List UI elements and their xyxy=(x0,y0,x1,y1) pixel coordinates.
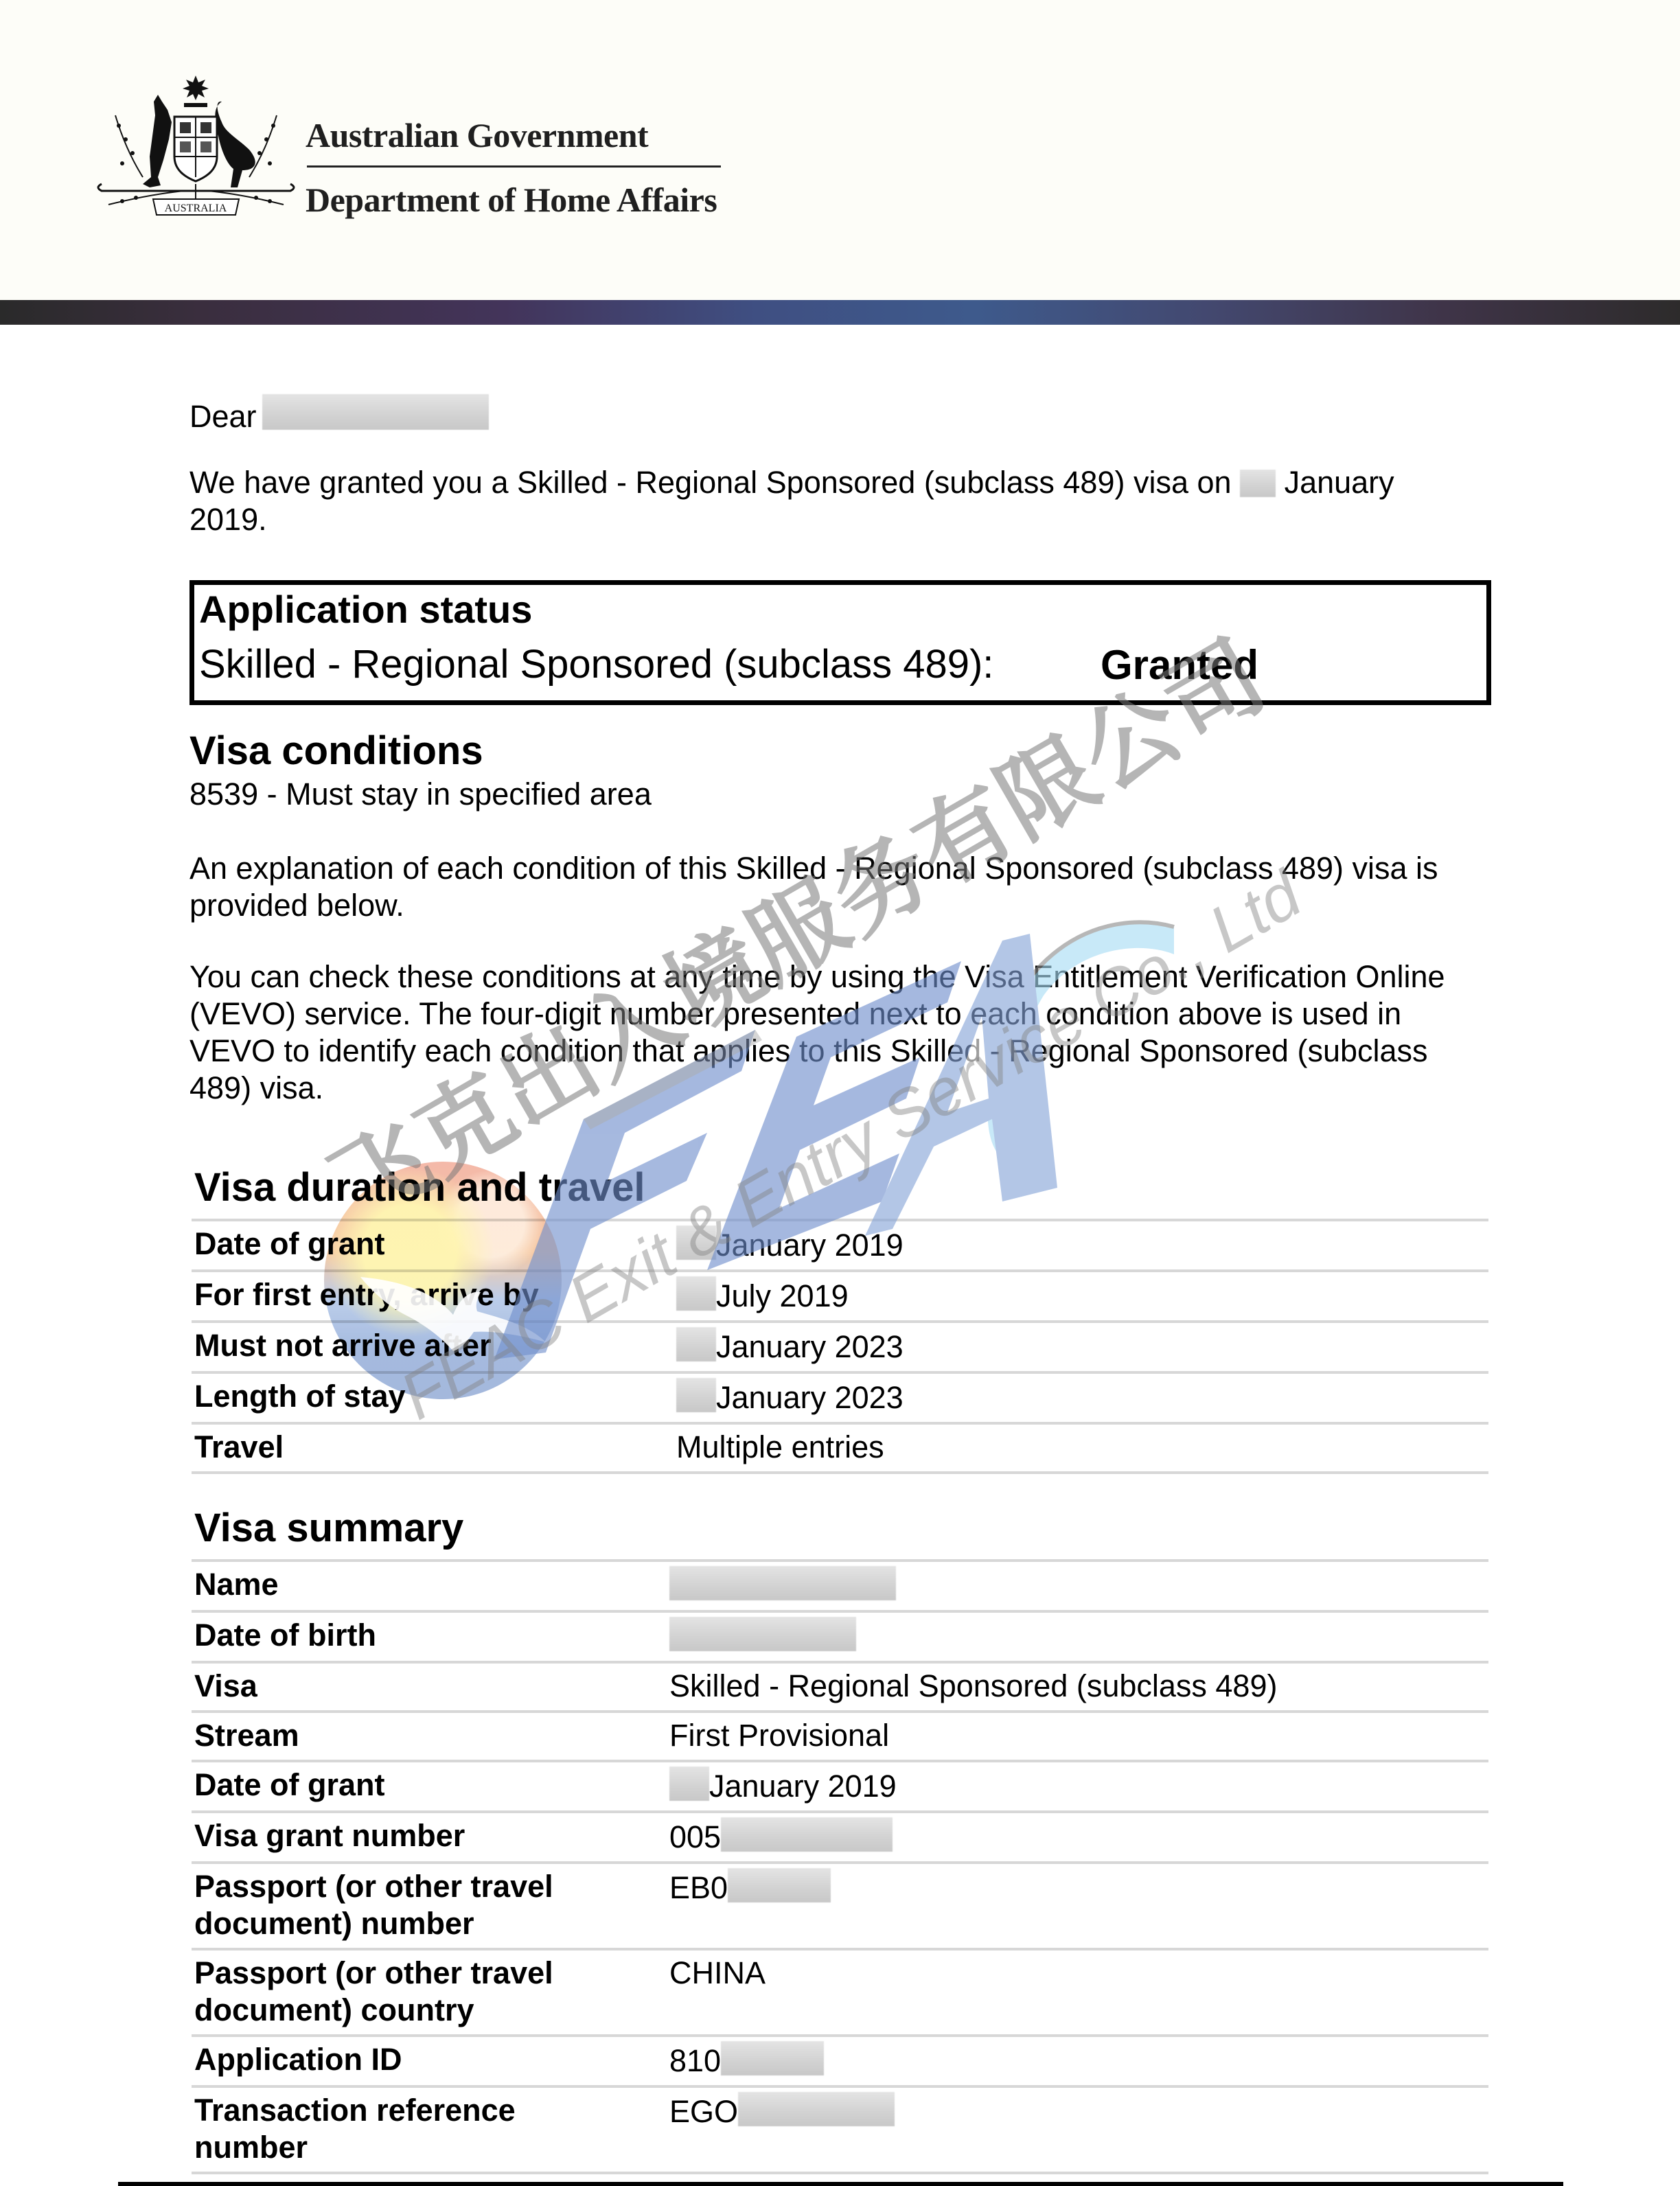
value-text: July 2019 xyxy=(716,1278,849,1313)
value-text: Multiple entries xyxy=(676,1429,884,1464)
row-label: Date of grant xyxy=(192,1220,675,1271)
value-text: January 2019 xyxy=(709,1769,897,1804)
government-title: Australian Government xyxy=(306,115,648,155)
redacted-value xyxy=(669,1617,856,1651)
value-text: First Provisional xyxy=(669,1718,889,1753)
table-row: Transaction reference numberEGO xyxy=(192,2086,1488,2173)
redacted-day xyxy=(669,1767,709,1801)
row-value xyxy=(668,1611,1488,1662)
row-label: Name xyxy=(192,1561,668,1611)
value-text: January 2023 xyxy=(716,1329,904,1364)
table-row: Visa grant number005 xyxy=(192,1812,1488,1863)
redacted-day xyxy=(676,1226,716,1260)
row-label: Transaction reference number xyxy=(192,2086,668,2173)
visa-summary-table: NameDate of birthVisaSkilled - Regional … xyxy=(192,1559,1488,2174)
vevo-line: 489) visa. xyxy=(189,1070,323,1107)
row-value: January 2023 xyxy=(675,1372,1488,1423)
redacted-day xyxy=(676,1276,716,1311)
redacted-value xyxy=(721,2041,824,2075)
redacted-value xyxy=(728,1868,831,1902)
header-divider xyxy=(307,165,721,168)
table-row: TravelMultiple entries xyxy=(192,1423,1488,1473)
vevo-line: VEVO to identify each condition that app… xyxy=(189,1033,1428,1070)
visa-summary-heading: Visa summary xyxy=(194,1505,463,1551)
visa-duration-heading: Visa duration and travel xyxy=(194,1164,645,1210)
redacted-value xyxy=(721,1817,893,1852)
row-label: Length of stay xyxy=(192,1372,675,1423)
row-label: Date of grant xyxy=(192,1761,668,1812)
value-text: 810 xyxy=(669,2043,721,2078)
explanation-line: provided below. xyxy=(189,887,404,924)
status-badge: Granted xyxy=(1101,641,1258,689)
row-value: January 2019 xyxy=(668,1761,1488,1812)
table-row: Length of stayJanuary 2023 xyxy=(192,1372,1488,1423)
vevo-line: You can check these conditions at any ti… xyxy=(189,958,1445,996)
grant-intro-line2: 2019. xyxy=(189,501,267,538)
redacted-day xyxy=(676,1327,716,1361)
table-row: Date of grantJanuary 2019 xyxy=(192,1761,1488,1812)
table-row: Passport (or other travel document) numb… xyxy=(192,1863,1488,1949)
visa-conditions-heading: Visa conditions xyxy=(189,728,483,774)
grant-intro-line1: We have granted you a Skilled - Regional… xyxy=(189,464,1394,501)
value-text: 005 xyxy=(669,1819,721,1854)
row-value: July 2019 xyxy=(675,1271,1488,1322)
row-value: January 2023 xyxy=(675,1322,1488,1372)
row-value xyxy=(668,1561,1488,1611)
redacted-name xyxy=(262,394,489,430)
row-label: Date of birth xyxy=(192,1611,668,1662)
footer-divider xyxy=(118,2182,1563,2186)
salutation: Dear xyxy=(189,394,489,435)
redacted-value xyxy=(669,1566,896,1600)
row-value: 005 xyxy=(668,1812,1488,1863)
condition-item: 8539 - Must stay in specified area xyxy=(189,776,652,813)
salutation-text: Dear xyxy=(189,399,257,434)
table-row: Date of birth xyxy=(192,1611,1488,1662)
department-title: Department of Home Affairs xyxy=(306,180,717,220)
row-label: For first entry, arrive by xyxy=(192,1271,675,1322)
row-value: Multiple entries xyxy=(675,1423,1488,1473)
value-text: Skilled - Regional Sponsored (subclass 4… xyxy=(669,1668,1277,1703)
row-value: EB0 xyxy=(668,1863,1488,1949)
row-value: First Provisional xyxy=(668,1712,1488,1761)
table-row: For first entry, arrive byJuly 2019 xyxy=(192,1271,1488,1322)
australian-coat-of-arms-icon: AUSTRALIA xyxy=(95,74,297,222)
row-value: January 2019 xyxy=(675,1220,1488,1271)
table-row: Must not arrive afterJanuary 2023 xyxy=(192,1322,1488,1372)
row-value: 810 xyxy=(668,2036,1488,2086)
row-value: CHINA xyxy=(668,1949,1488,2036)
crest-scroll-text: AUSTRALIA xyxy=(165,203,227,214)
value-text: January 2019 xyxy=(716,1228,904,1263)
grant-intro-text: We have granted you a Skilled - Regional… xyxy=(189,465,1232,500)
table-row: VisaSkilled - Regional Sponsored (subcla… xyxy=(192,1662,1488,1712)
vevo-line: (VEVO) service. The four-digit number pr… xyxy=(189,996,1401,1033)
value-text: EGO xyxy=(669,2094,738,2129)
table-row: Passport (or other travel document) coun… xyxy=(192,1949,1488,2036)
grant-intro-month: January xyxy=(1285,465,1394,500)
value-text: EB0 xyxy=(669,1870,728,1905)
row-label: Must not arrive after xyxy=(192,1322,675,1372)
application-status-visa: Skilled - Regional Sponsored (subclass 4… xyxy=(199,641,993,687)
row-value: Skilled - Regional Sponsored (subclass 4… xyxy=(668,1662,1488,1712)
row-label: Stream xyxy=(192,1712,668,1761)
table-row: Application ID810 xyxy=(192,2036,1488,2086)
row-value: EGO xyxy=(668,2086,1488,2173)
row-label: Passport (or other travel document) coun… xyxy=(192,1949,668,2036)
value-text: January 2023 xyxy=(716,1380,904,1415)
row-label: Passport (or other travel document) numb… xyxy=(192,1863,668,1949)
row-label: Application ID xyxy=(192,2036,668,2086)
redacted-day xyxy=(1240,470,1276,497)
explanation-line: An explanation of each condition of this… xyxy=(189,850,1438,887)
row-label: Travel xyxy=(192,1423,675,1473)
redacted-value xyxy=(738,2092,895,2126)
row-label: Visa grant number xyxy=(192,1812,668,1863)
visa-duration-table: Date of grantJanuary 2019For first entry… xyxy=(192,1219,1488,1474)
table-row: Date of grantJanuary 2019 xyxy=(192,1220,1488,1271)
row-label: Visa xyxy=(192,1662,668,1712)
value-text: CHINA xyxy=(669,1955,766,1990)
table-row: StreamFirst Provisional xyxy=(192,1712,1488,1761)
application-status-heading: Application status xyxy=(199,587,532,632)
header-gradient-bar xyxy=(0,300,1680,325)
redacted-day xyxy=(676,1378,716,1412)
table-row: Name xyxy=(192,1561,1488,1611)
